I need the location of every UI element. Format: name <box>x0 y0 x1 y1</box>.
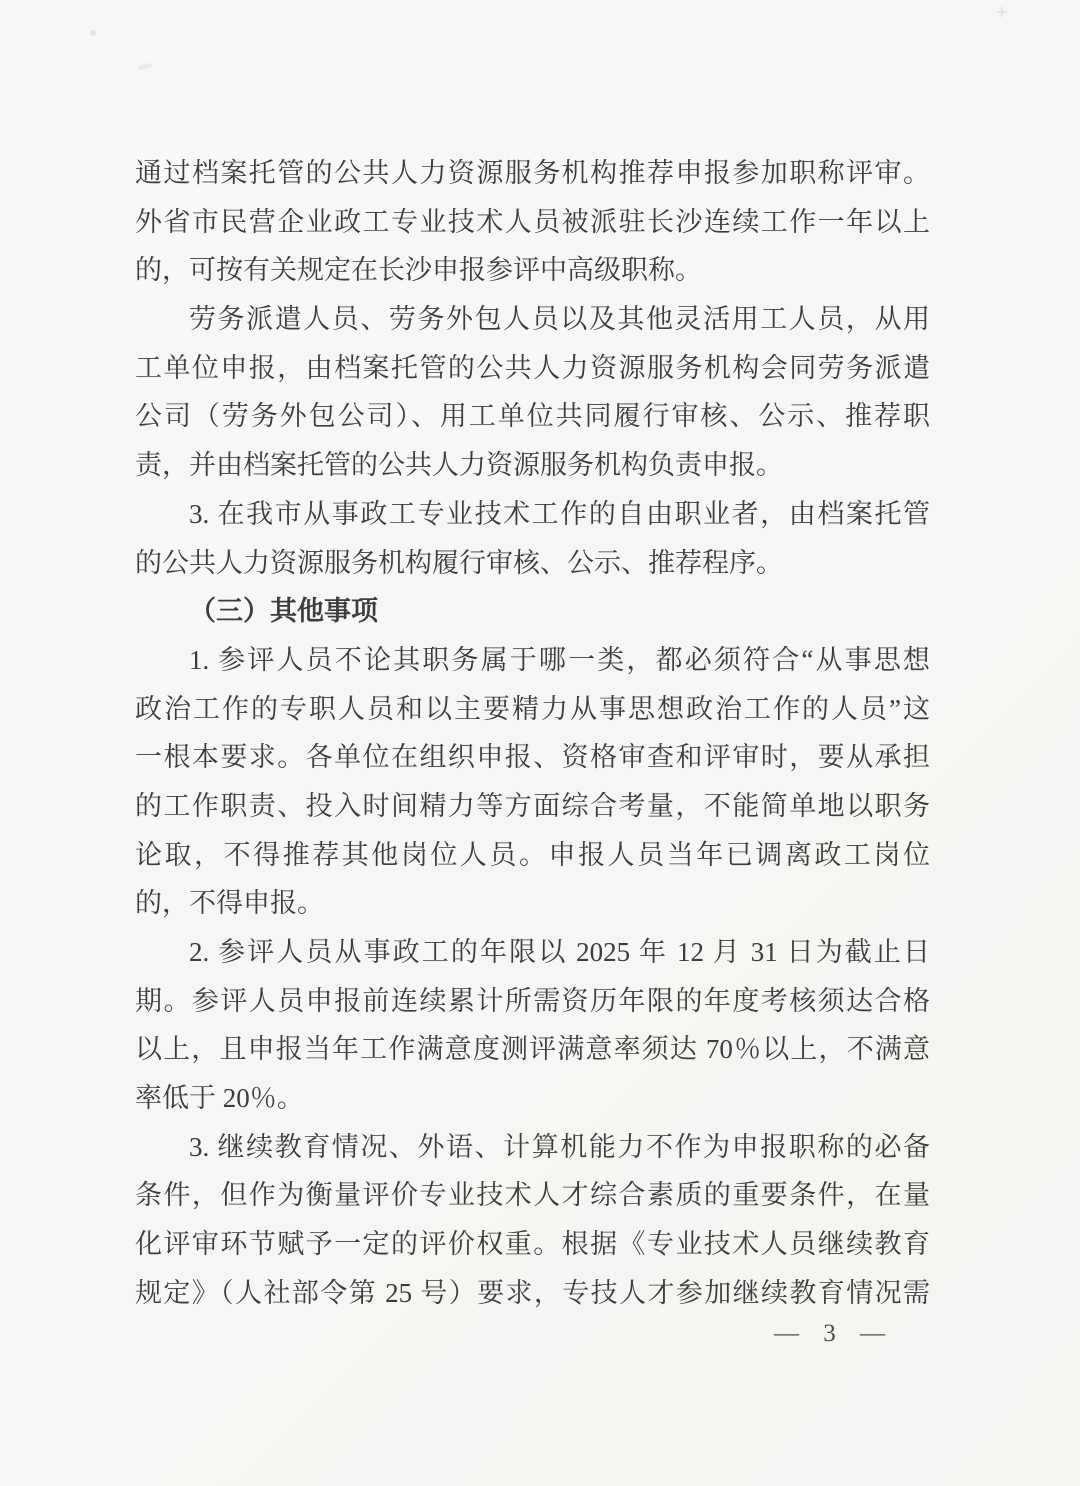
document-body: 通过档案托管的公共人力资源服务机构推荐申报参加职称评审。外省市民营企业政工专业技… <box>135 149 930 1318</box>
document-line: 以上，且申报当年工作满意度测评满意率须达 70％以上，不满意 <box>135 1025 930 1074</box>
document-line: 的工作职责、投入时间精力等方面综合考量，不能简单地以职务 <box>135 782 930 831</box>
scan-artifact <box>138 62 154 70</box>
document-line: 率低于 20％。 <box>135 1074 930 1123</box>
document-line: 劳务派遣人员、劳务外包人员以及其他灵活用工人员，从用 <box>135 295 930 344</box>
document-line: 条件，但作为衡量评价专业技术人才综合素质的重要条件，在量 <box>135 1171 930 1220</box>
document-line: 3. 继续教育情况、外语、计算机能力不作为申报职称的必备 <box>135 1123 930 1172</box>
document-line: 规定》（人社部令第 25 号）要求，专技人才参加继续教育情况需 <box>135 1269 930 1318</box>
document-line: 通过档案托管的公共人力资源服务机构推荐申报参加职称评审。 <box>135 149 930 198</box>
document-line: 的公共人力资源服务机构履行审核、公示、推荐程序。 <box>135 539 930 588</box>
document-line: （三）其他事项 <box>135 587 930 636</box>
document-line: 外省市民营企业政工专业技术人员被派驻长沙连续工作一年以上 <box>135 198 930 247</box>
document-line: 政治工作的专职人员和以主要精力从事思想政治工作的人员”这 <box>135 685 930 734</box>
document-line: 期。参评人员申报前连续累计所需资历年限的年度考核须达合格 <box>135 977 930 1026</box>
document-line: 一根本要求。各单位在组织申报、资格审查和评审时，要从承担 <box>135 733 930 782</box>
document-line: 化评审环节赋予一定的评价权重。根据《专业技术人员继续教育 <box>135 1220 930 1269</box>
document-line: 的，不得申报。 <box>135 879 930 928</box>
scan-artifact <box>90 30 96 36</box>
document-line: 1. 参评人员不论其职务属于哪一类，都必须符合“从事思想 <box>135 636 930 685</box>
document-line: 论取，不得推荐其他岗位人员。申报人员当年已调离政工岗位 <box>135 831 930 880</box>
document-page: 通过档案托管的公共人力资源服务机构推荐申报参加职称评审。外省市民营企业政工专业技… <box>0 0 1080 1486</box>
page-number: — 3 — <box>135 1320 930 1348</box>
document-line: 3. 在我市从事政工专业技术工作的自由职业者，由档案托管 <box>135 490 930 539</box>
document-line: 2. 参评人员从事政工的年限以 2025 年 12 月 31 日为截止日 <box>135 928 930 977</box>
document-line: 公司（劳务外包公司）、用工单位共同履行审核、公示、推荐职 <box>135 392 930 441</box>
document-line: 工单位申报，由档案托管的公共人力资源服务机构会同劳务派遣 <box>135 344 930 393</box>
document-line: 责，并由档案托管的公共人力资源服务机构负责申报。 <box>135 441 930 490</box>
scan-artifact <box>997 7 1007 17</box>
document-line: 的，可按有关规定在长沙申报参评中高级职称。 <box>135 246 930 295</box>
